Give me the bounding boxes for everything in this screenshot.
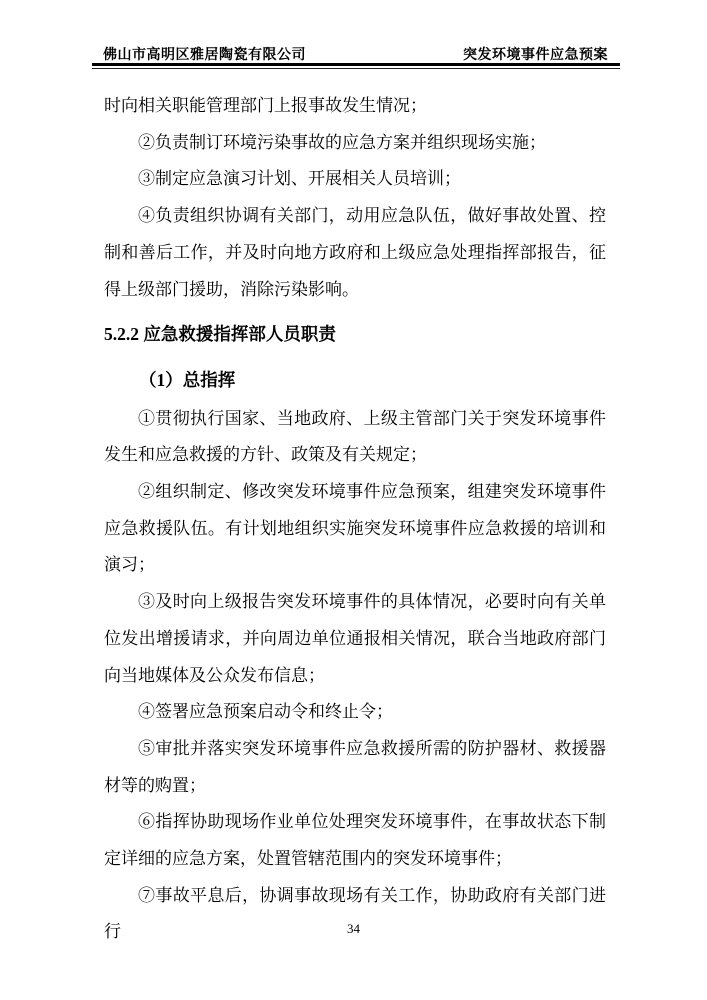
page-number: 34 xyxy=(347,921,360,936)
page-footer: 34 xyxy=(0,921,707,937)
body-paragraph: ③及时向上级报告突发环境事件的具体情况，必要时向有关单位发出增援请求，并向周边单… xyxy=(104,584,606,694)
header-divider-thin xyxy=(92,68,620,69)
document-body: 时向相关职能管理部门上报事故发生情况； ②负责制订环境污染事故的应急方案并组织现… xyxy=(104,88,606,951)
subsection-heading: （1）总指挥 xyxy=(104,362,606,399)
body-paragraph: ④签署应急预案启动令和终止令； xyxy=(104,694,606,731)
body-paragraph: ②负责制订环境污染事故的应急方案并组织现场实施； xyxy=(104,125,606,162)
body-paragraph: ⑥指挥协助现场作业单位处理突发环境事件，在事故状态下制定详细的应急方案，处置管辖… xyxy=(104,804,606,877)
page-header: 佛山市高明区雅居陶瓷有限公司 突发环境事件应急预案 xyxy=(103,44,608,64)
document-page: 佛山市高明区雅居陶瓷有限公司 突发环境事件应急预案 时向相关职能管理部门上报事故… xyxy=(0,0,707,1000)
body-paragraph: ⑤审批并落实突发环境事件应急救援所需的防护器材、救援器材等的购置； xyxy=(104,731,606,804)
section-heading: 5.2.2 应急救援指挥部人员职责 xyxy=(104,316,606,353)
body-paragraph: ③制定应急演习计划、开展相关人员培训； xyxy=(104,161,606,198)
body-paragraph: ②组织制定、修改突发环境事件应急预案，组建突发环境事件应急救援队伍。有计划地组织… xyxy=(104,474,606,584)
header-company-name: 佛山市高明区雅居陶瓷有限公司 xyxy=(103,44,306,64)
body-paragraph-continuation: 时向相关职能管理部门上报事故发生情况； xyxy=(104,88,606,125)
body-paragraph: ④负责组织协调有关部门，动用应急队伍，做好事故处置、控制和善后工作，并及时向地方… xyxy=(104,198,606,308)
header-divider-thick xyxy=(92,63,620,66)
header-doc-title: 突发环境事件应急预案 xyxy=(463,44,608,64)
body-paragraph: ⑦事故平息后，协调事故现场有关工作，协助政府有关部门进行 xyxy=(104,878,606,951)
body-paragraph: ①贯彻执行国家、当地政府、上级主管部门关于突发环境事件发生和应急救援的方针、政策… xyxy=(104,401,606,474)
